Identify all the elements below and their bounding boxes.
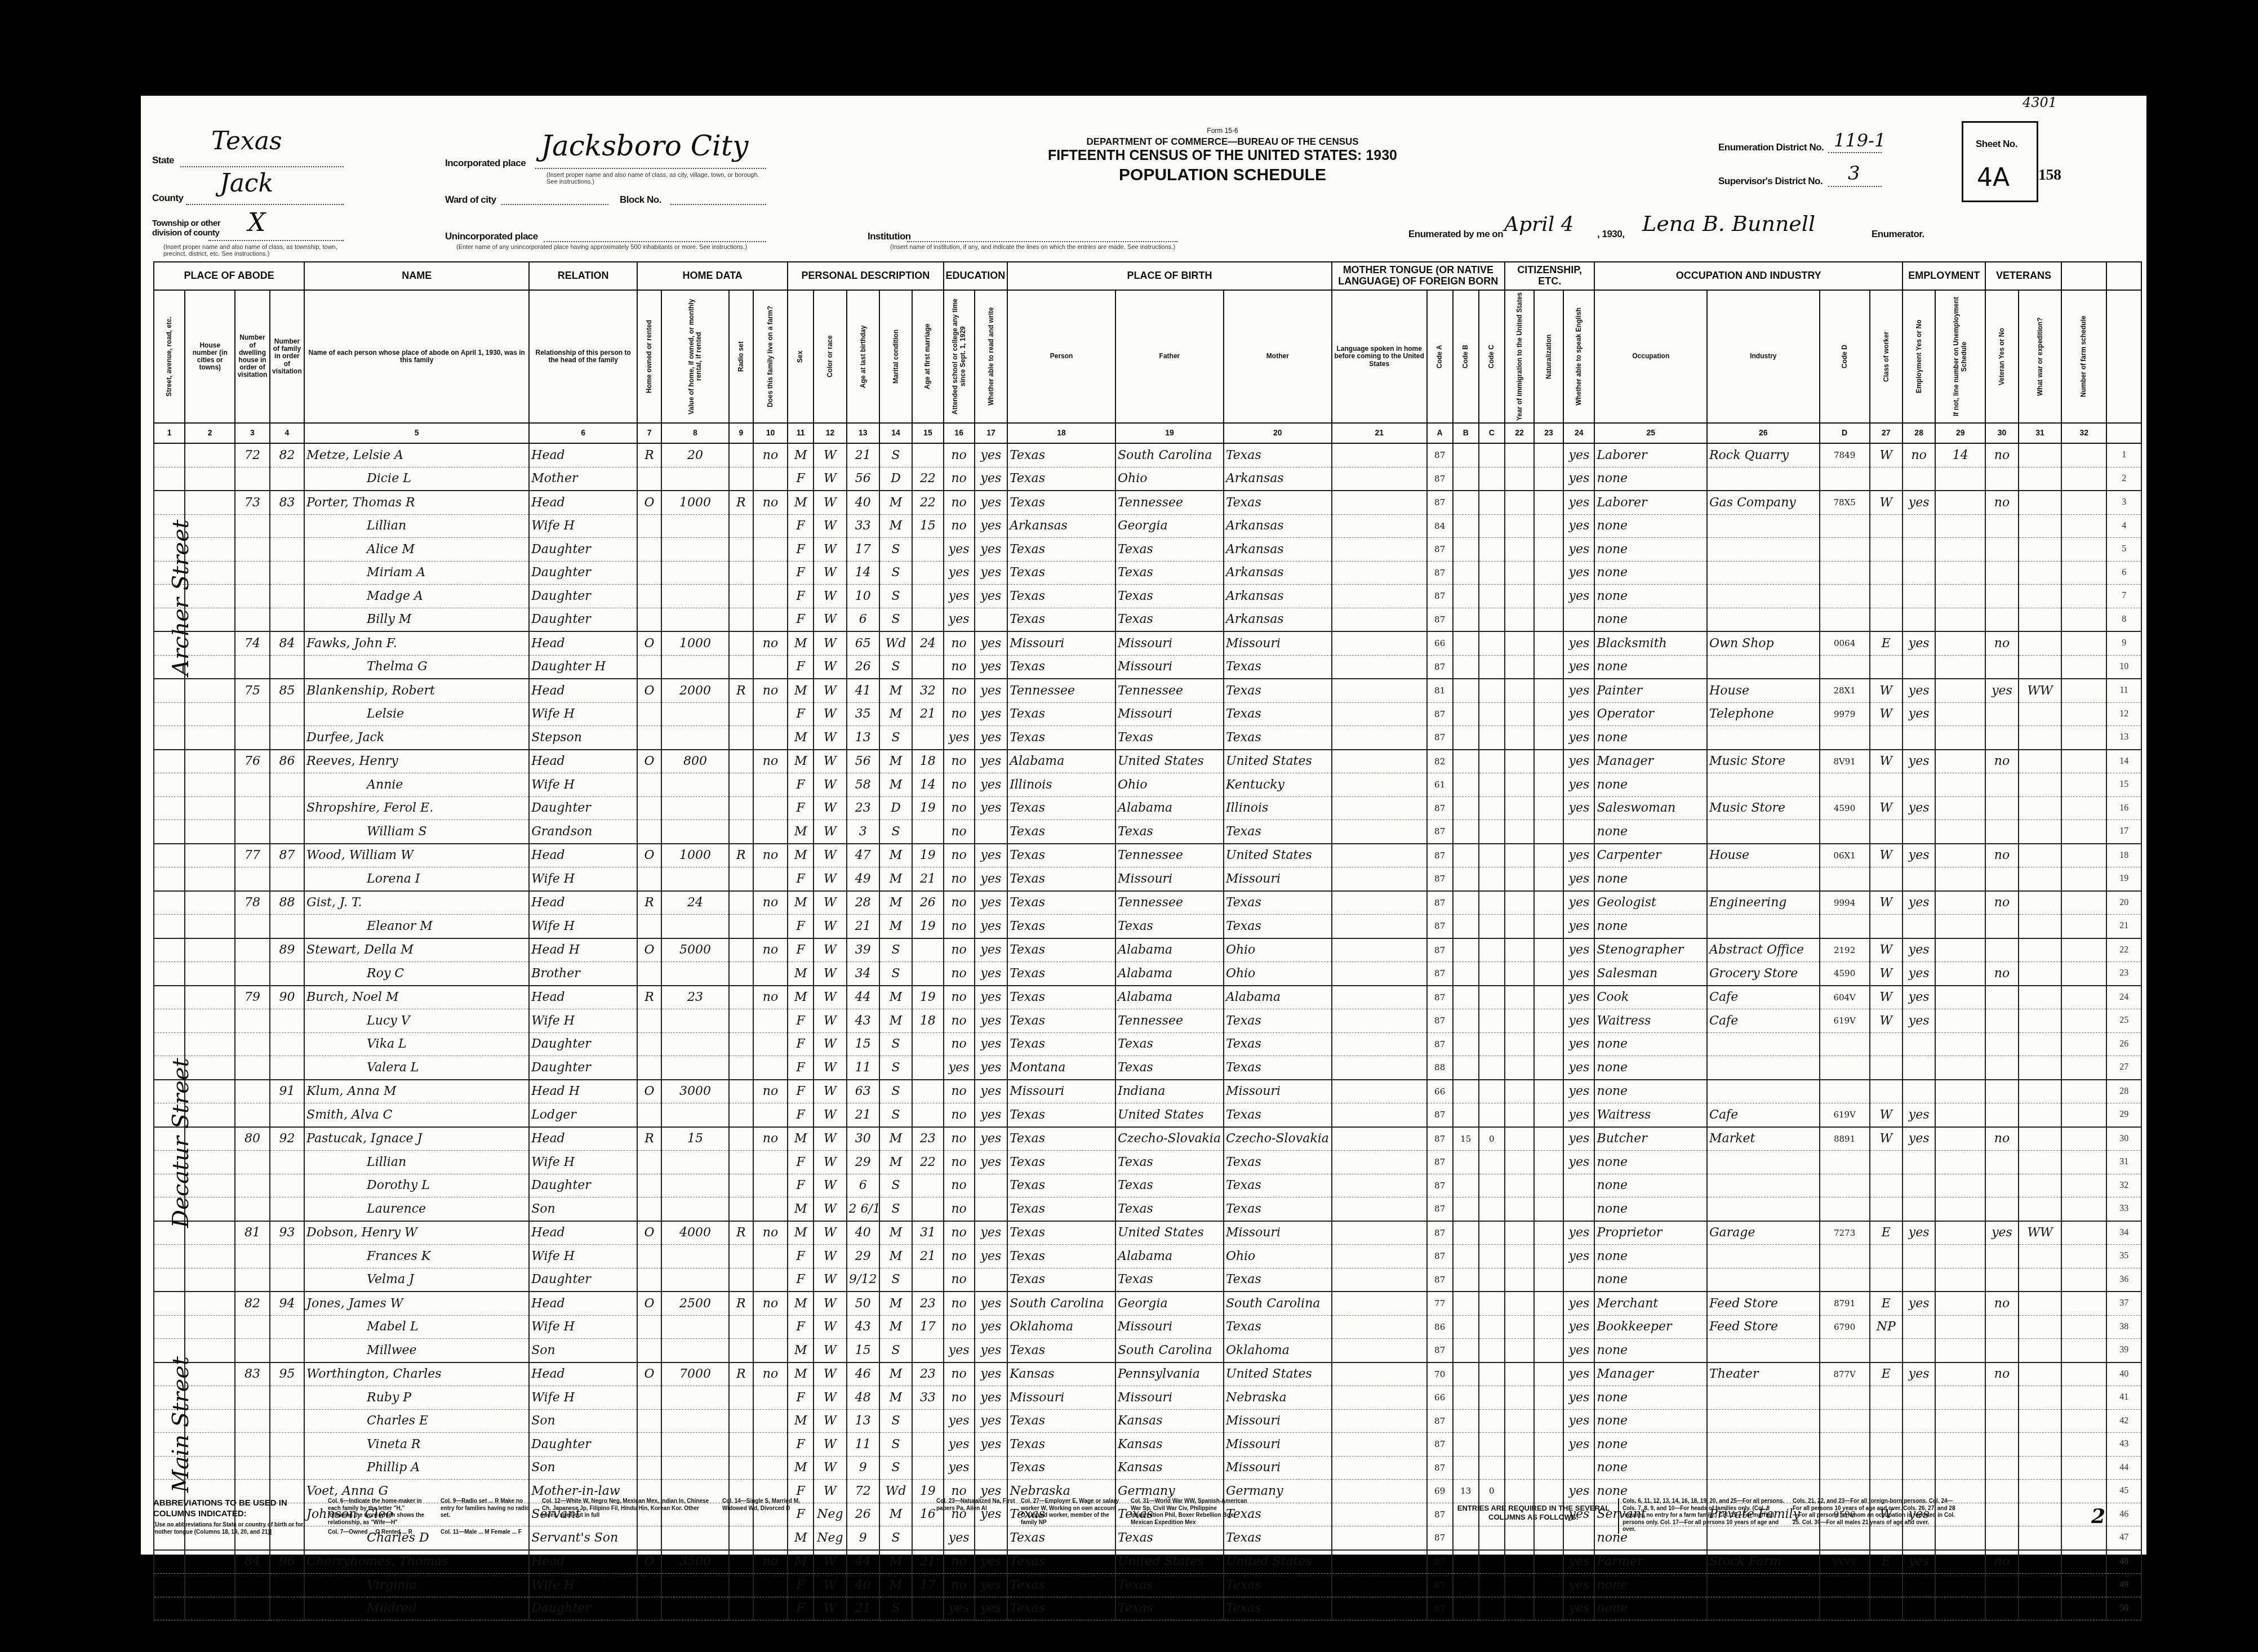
table-row: Velma JDaughterFW9/12SnoTexasTexasTexas8…	[154, 1268, 2141, 1292]
code-d-cell	[1820, 655, 1870, 679]
mother-tongue-cell	[1332, 1221, 1427, 1245]
read-write-cell	[975, 1174, 1007, 1197]
veteran-cell	[1985, 1197, 2018, 1221]
birthplace-father-cell: Texas	[1115, 1268, 1224, 1292]
veteran-cell	[1985, 608, 2018, 631]
home-owned-rented-cell: R	[637, 443, 661, 467]
home-owned-rented-cell: R	[637, 1127, 661, 1151]
column-number: 15	[912, 423, 943, 443]
age-first-marriage-cell: 22	[912, 491, 943, 514]
industry-cell: Garage	[1707, 1221, 1820, 1245]
relationship-cell: Grandson	[529, 820, 637, 844]
immigration-year-cell	[1505, 561, 1534, 585]
street-name-decatur: Decatur Street	[168, 974, 194, 1228]
dwelling-number-cell: 73	[235, 491, 269, 514]
immigration-year-cell	[1505, 726, 1534, 750]
farm-schedule-cell	[2061, 1032, 2106, 1056]
veteran-cell	[1985, 1315, 2018, 1339]
table-row: 91Klum, Anna MHead HO3000noFW63SnoyesMis…	[154, 1080, 2141, 1103]
mother-tongue-cell	[1332, 986, 1427, 1009]
home-value-cell	[661, 915, 729, 938]
sex-cell: F	[788, 1174, 814, 1197]
naturalization-cell	[1534, 1174, 1563, 1197]
dwelling-number-cell: 75	[235, 679, 269, 702]
age-first-marriage-cell: 19	[912, 986, 943, 1009]
sex-cell: M	[788, 986, 814, 1009]
read-write-cell	[975, 1456, 1007, 1480]
naturalization-cell	[1534, 1103, 1563, 1127]
birthplace-father-cell: United States	[1115, 750, 1224, 773]
read-write-cell: yes	[975, 867, 1007, 891]
birthplace-person-cell: Texas	[1007, 1550, 1115, 1574]
code-b-cell	[1453, 867, 1479, 891]
industry-cell: Feed Store	[1707, 1315, 1820, 1339]
age-first-marriage-cell	[912, 938, 943, 962]
naturalization-cell	[1534, 585, 1563, 608]
race-cell: W	[814, 631, 846, 655]
age-cell: 21	[847, 915, 879, 938]
mother-tongue-cell	[1332, 1009, 1427, 1033]
mother-tongue-cell	[1332, 726, 1427, 750]
birthplace-mother-cell: Ohio	[1224, 962, 1332, 986]
read-write-cell: yes	[975, 750, 1007, 773]
class-of-worker-cell: W	[1870, 1009, 1903, 1033]
column-label: Occupation	[1594, 290, 1707, 423]
person-name-cell: Billy M	[304, 608, 529, 631]
marital-status-cell: M	[879, 986, 912, 1009]
family-number-cell: 93	[270, 1221, 304, 1245]
unemployment-line-cell	[1935, 915, 1985, 938]
employed-cell	[1903, 514, 1935, 538]
class-of-worker-cell: E	[1870, 631, 1903, 655]
sex-cell: F	[788, 773, 814, 797]
mother-tongue-cell	[1332, 1339, 1427, 1362]
code-b-cell	[1453, 1574, 1479, 1597]
home-owned-rented-cell	[637, 1009, 661, 1033]
veteran-cell	[1985, 1433, 2018, 1457]
age-first-marriage-cell	[912, 561, 943, 585]
blank-header	[2106, 262, 2141, 290]
table-row: Smith, Alva CLodgerFW21SnoyesTexasUnited…	[154, 1103, 2141, 1127]
street-name-archer: Archer Street	[168, 451, 194, 676]
line-number: 28	[2106, 1080, 2141, 1103]
marital-status-cell: S	[879, 1197, 912, 1221]
home-value-cell	[661, 1032, 729, 1056]
table-row: 8395Worthington, CharlesHeadO7000RnoMW46…	[154, 1362, 2141, 1386]
attended-school-cell: no	[944, 443, 975, 467]
veteran-cell: no	[1985, 1362, 2018, 1386]
employed-cell: yes	[1903, 1362, 1935, 1386]
home-value-cell	[661, 514, 729, 538]
birthplace-person-cell: Arkansas	[1007, 514, 1115, 538]
farm-residence-cell	[753, 1103, 788, 1127]
mother-tongue-cell	[1332, 1245, 1427, 1268]
code-c-cell	[1479, 702, 1505, 726]
page-mark: 2	[2091, 1504, 2105, 1529]
street-cell	[154, 867, 185, 891]
code-b-cell	[1453, 820, 1479, 844]
radio-set-cell	[729, 514, 753, 538]
person-name-cell: Durfee, Jack	[304, 726, 529, 750]
veteran-cell	[1985, 467, 2018, 491]
person-name-cell: Eleanor M	[304, 915, 529, 938]
dwelling-number-cell	[235, 915, 269, 938]
column-number: 32	[2061, 423, 2106, 443]
blank-header	[2061, 262, 2106, 290]
age-first-marriage-cell	[912, 1056, 943, 1080]
home-owned-rented-cell	[637, 1151, 661, 1174]
marital-status-cell: S	[879, 561, 912, 585]
birthplace-father-cell: Alabama	[1115, 938, 1224, 962]
person-name-cell: Ruby P	[304, 1386, 529, 1410]
age-cell: 26	[847, 655, 879, 679]
employed-cell	[1903, 1197, 1935, 1221]
read-write-cell: yes	[975, 1103, 1007, 1127]
family-number-cell	[270, 1174, 304, 1197]
code-d-cell: 4590	[1820, 796, 1870, 820]
birthplace-person-cell: Texas	[1007, 1456, 1115, 1480]
table-row: 8193Dobson, Henry WHeadO4000RnoMW40M31no…	[154, 1221, 2141, 1245]
unemployment-line-cell	[1935, 1315, 1985, 1339]
stamp-number: 4301	[2023, 95, 2057, 110]
birthplace-person-cell: Texas	[1007, 1268, 1115, 1292]
naturalization-cell	[1534, 1456, 1563, 1480]
speaks-english-cell: yes	[1563, 1339, 1594, 1362]
race-cell: W	[814, 750, 846, 773]
birthplace-mother-cell: Missouri	[1224, 1080, 1332, 1103]
attended-school-cell: no	[944, 1245, 975, 1268]
veteran-cell	[1985, 1409, 2018, 1433]
attended-school-cell: no	[944, 1315, 975, 1339]
naturalization-cell	[1534, 1339, 1563, 1362]
employed-cell	[1903, 1268, 1935, 1292]
marital-status-cell: M	[879, 891, 912, 915]
table-row: LillianWife HFW33M15noyesArkansasGeorgia…	[154, 514, 2141, 538]
age-cell: 35	[847, 702, 879, 726]
column-label: Class of worker	[1870, 290, 1903, 423]
code-a-cell: 87	[1427, 1103, 1453, 1127]
marital-status-cell: S	[879, 608, 912, 631]
sex-cell: M	[788, 1456, 814, 1480]
attended-school-cell: no	[944, 1221, 975, 1245]
birthplace-father-cell: Missouri	[1115, 655, 1224, 679]
radio-set-cell	[729, 1339, 753, 1362]
age-first-marriage-cell: 21	[912, 1245, 943, 1268]
home-value-cell	[661, 867, 729, 891]
family-number-cell	[270, 1009, 304, 1033]
code-d-cell	[1820, 1245, 1870, 1268]
occupation-cell: none	[1594, 1597, 1707, 1620]
attended-school-cell: no	[944, 750, 975, 773]
war-expedition-cell	[2019, 631, 2062, 655]
farm-schedule-cell	[2061, 1197, 2106, 1221]
age-first-marriage-cell: 19	[912, 796, 943, 820]
immigration-year-cell	[1505, 1245, 1534, 1268]
birthplace-mother-cell: Texas	[1224, 1174, 1332, 1197]
veteran-cell: no	[1985, 750, 2018, 773]
group-header: EMPLOYMENT	[1903, 262, 1985, 290]
naturalization-cell	[1534, 514, 1563, 538]
speaks-english-cell: yes	[1563, 1103, 1594, 1127]
employed-cell	[1903, 1315, 1935, 1339]
house-number-cell	[185, 726, 235, 750]
person-name-cell: Worthington, Charles	[304, 1362, 529, 1386]
race-cell: W	[814, 608, 846, 631]
radio-set-cell: R	[729, 844, 753, 867]
industry-cell: Engineering	[1707, 891, 1820, 915]
immigration-year-cell	[1505, 796, 1534, 820]
naturalization-cell	[1534, 844, 1563, 867]
unemployment-line-cell	[1935, 1151, 1985, 1174]
speaks-english-cell: yes	[1563, 844, 1594, 867]
table-row: Durfee, JackStepsonMW13SyesyesTexasTexas…	[154, 726, 2141, 750]
birthplace-mother-cell: Texas	[1224, 443, 1332, 467]
age-first-marriage-cell: 17	[912, 1315, 943, 1339]
birthplace-mother-cell: Texas	[1224, 1315, 1332, 1339]
table-row: Lorena IWife HFW49M21noyesTexasMissouriM…	[154, 867, 2141, 891]
marital-status-cell: S	[879, 1174, 912, 1197]
age-first-marriage-cell	[912, 1197, 943, 1221]
relationship-cell: Head H	[529, 938, 637, 962]
code-d-cell	[1820, 1339, 1870, 1362]
code-b-cell	[1453, 844, 1479, 867]
read-write-cell	[975, 608, 1007, 631]
county-label: County	[152, 193, 184, 204]
veteran-cell	[1985, 1151, 2018, 1174]
relationship-cell: Daughter	[529, 608, 637, 631]
birthplace-father-cell: Texas	[1115, 915, 1224, 938]
column-label: Language spoken in home before coming to…	[1332, 290, 1427, 423]
family-number-cell: 86	[270, 750, 304, 773]
code-c-cell	[1479, 1550, 1505, 1574]
home-owned-rented-cell: O	[637, 1362, 661, 1386]
line-number: 31	[2106, 1151, 2141, 1174]
class-of-worker-cell: E	[1870, 1292, 1903, 1315]
code-b-cell	[1453, 1597, 1479, 1620]
dwelling-number-cell	[235, 1080, 269, 1103]
marital-status-cell: M	[879, 1315, 912, 1339]
age-first-marriage-cell	[912, 1456, 943, 1480]
veteran-cell	[1985, 820, 2018, 844]
table-row: Lucy VWife HFW43M18noyesTexasTennesseeTe…	[154, 1009, 2141, 1033]
line-number: 25	[2106, 1009, 2141, 1033]
house-number-cell	[185, 702, 235, 726]
veteran-cell	[1985, 1597, 2018, 1620]
speaks-english-cell: yes	[1563, 796, 1594, 820]
class-of-worker-cell	[1870, 1080, 1903, 1103]
blank-header	[2106, 290, 2141, 423]
immigration-year-cell	[1505, 891, 1534, 915]
read-write-cell: yes	[975, 702, 1007, 726]
class-of-worker-cell: E	[1870, 1221, 1903, 1245]
occupation-cell: none	[1594, 1433, 1707, 1457]
farm-residence-cell	[753, 655, 788, 679]
column-label: Value of home, if owned, or monthly rent…	[661, 290, 729, 423]
home-value-cell: 1000	[661, 844, 729, 867]
farm-residence-cell: no	[753, 1292, 788, 1315]
read-write-cell	[975, 1197, 1007, 1221]
home-owned-rented-cell	[637, 773, 661, 797]
code-c-cell	[1479, 820, 1505, 844]
home-value-cell	[661, 1103, 729, 1127]
street-cell	[154, 773, 185, 797]
sex-cell: F	[788, 585, 814, 608]
code-c-cell	[1479, 1080, 1505, 1103]
industry-cell	[1707, 1409, 1820, 1433]
home-owned-rented-cell	[637, 608, 661, 631]
read-write-cell: yes	[975, 1221, 1007, 1245]
home-owned-rented-cell	[637, 1597, 661, 1620]
speaks-english-cell	[1563, 1197, 1594, 1221]
speaks-english-cell: yes	[1563, 1386, 1594, 1410]
unemployment-line-cell	[1935, 1268, 1985, 1292]
mother-tongue-cell	[1332, 1386, 1427, 1410]
speaks-english-cell	[1563, 820, 1594, 844]
marital-status-cell: S	[879, 938, 912, 962]
birthplace-father-cell: United States	[1115, 1103, 1224, 1127]
person-name-cell: Thelma G	[304, 655, 529, 679]
age-first-marriage-cell: 31	[912, 1221, 943, 1245]
code-d-cell	[1820, 1433, 1870, 1457]
birthplace-person-cell: Texas	[1007, 1433, 1115, 1457]
col27-note: Col. 27—Employer E, Wage or salary worke…	[1021, 1498, 1122, 1526]
col9-note: Col. 9—Radio set ... R Make no entry for…	[441, 1498, 531, 1520]
birthplace-mother-cell: Illinois	[1224, 796, 1332, 820]
age-cell: 3	[847, 820, 879, 844]
attended-school-cell: yes	[944, 608, 975, 631]
code-d-cell	[1820, 1080, 1870, 1103]
birthplace-mother-cell: Texas	[1224, 491, 1332, 514]
birthplace-person-cell: Texas	[1007, 796, 1115, 820]
farm-schedule-cell	[2061, 1151, 2106, 1174]
immigration-year-cell	[1505, 1339, 1534, 1362]
birthplace-mother-cell: Arkansas	[1224, 538, 1332, 562]
read-write-cell: yes	[975, 1386, 1007, 1410]
sex-cell: F	[788, 1080, 814, 1103]
age-first-marriage-cell: 21	[912, 1550, 943, 1574]
immigration-year-cell	[1505, 1386, 1534, 1410]
naturalization-cell	[1534, 1009, 1563, 1033]
table-row: 8092Pastucak, Ignace JHeadR15noMW30M23no…	[154, 1127, 2141, 1151]
birthplace-father-cell: Texas	[1115, 1056, 1224, 1080]
mother-tongue-cell	[1332, 1151, 1427, 1174]
mother-tongue-cell	[1332, 1056, 1427, 1080]
class-of-worker-cell: E	[1870, 1362, 1903, 1386]
radio-set-cell	[729, 608, 753, 631]
home-value-cell: 20	[661, 443, 729, 467]
attended-school-cell: yes	[944, 561, 975, 585]
naturalization-cell	[1534, 467, 1563, 491]
immigration-year-cell	[1505, 655, 1534, 679]
birthplace-person-cell: Texas	[1007, 655, 1115, 679]
class-of-worker-cell	[1870, 915, 1903, 938]
veteran-cell	[1985, 1032, 2018, 1056]
industry-cell	[1707, 1386, 1820, 1410]
home-owned-rented-cell	[637, 1315, 661, 1339]
war-expedition-cell	[2019, 443, 2062, 467]
veteran-cell: yes	[1985, 1221, 2018, 1245]
speaks-english-cell: yes	[1563, 1409, 1594, 1433]
marital-status-cell: S	[879, 585, 912, 608]
relationship-cell: Daughter	[529, 1268, 637, 1292]
birthplace-father-cell: Ohio	[1115, 773, 1224, 797]
house-number-cell	[185, 1550, 235, 1574]
employed-cell	[1903, 585, 1935, 608]
birthplace-person-cell: Texas	[1007, 1032, 1115, 1056]
code-a-cell: 81	[1427, 679, 1453, 702]
radio-set-cell: R	[729, 1221, 753, 1245]
farm-residence-cell	[753, 962, 788, 986]
unemployment-line-cell	[1935, 1597, 1985, 1620]
marital-status-cell: D	[879, 796, 912, 820]
house-number-cell	[185, 915, 235, 938]
code-b-cell	[1453, 1433, 1479, 1457]
mother-tongue-cell	[1332, 750, 1427, 773]
occupation-cell: none	[1594, 1151, 1707, 1174]
farm-residence-cell	[753, 1174, 788, 1197]
industry-cell: Market	[1707, 1127, 1820, 1151]
speaks-english-cell: yes	[1563, 1550, 1594, 1574]
farm-residence-cell	[753, 796, 788, 820]
immigration-year-cell	[1505, 962, 1534, 986]
marital-status-cell: M	[879, 1386, 912, 1410]
code-d-cell	[1820, 585, 1870, 608]
code-b-cell	[1453, 1009, 1479, 1033]
veteran-cell: no	[1985, 891, 2018, 915]
age-cell: 17	[847, 538, 879, 562]
code-c-cell	[1479, 773, 1505, 797]
war-expedition-cell	[2019, 491, 2062, 514]
sex-cell: F	[788, 1151, 814, 1174]
street-cell	[154, 1245, 185, 1268]
employed-cell	[1903, 1080, 1935, 1103]
class-of-worker-cell	[1870, 1433, 1903, 1457]
code-c-cell	[1479, 1409, 1505, 1433]
war-expedition-cell	[2019, 467, 2062, 491]
speaks-english-cell: yes	[1563, 1080, 1594, 1103]
class-of-worker-cell: E	[1870, 1550, 1903, 1574]
sex-cell: F	[788, 1009, 814, 1033]
war-expedition-cell	[2019, 986, 2062, 1009]
age-first-marriage-cell	[912, 608, 943, 631]
sex-cell: F	[788, 1386, 814, 1410]
occupation-cell: Salesman	[1594, 962, 1707, 986]
line-number: 19	[2106, 867, 2141, 891]
code-b-cell	[1453, 1362, 1479, 1386]
unemployment-line-cell	[1935, 608, 1985, 631]
table-row: Dorothy LDaughterFW6SnoTexasTexasTexas87…	[154, 1174, 2141, 1197]
read-write-cell: yes	[975, 1056, 1007, 1080]
race-cell: W	[814, 1433, 846, 1457]
radio-set-cell	[729, 1433, 753, 1457]
code-d-cell	[1820, 820, 1870, 844]
attended-school-cell: no	[944, 796, 975, 820]
relationship-cell: Wife H	[529, 1386, 637, 1410]
dwelling-number-cell	[235, 514, 269, 538]
home-owned-rented-cell: O	[637, 938, 661, 962]
code-c-cell	[1479, 796, 1505, 820]
birthplace-father-cell: United States	[1115, 1221, 1224, 1245]
birthplace-mother-cell: Texas	[1224, 1574, 1332, 1597]
table-row: LelsieWife HFW35M21noyesTexasMissouriTex…	[154, 702, 2141, 726]
line-number: 32	[2106, 1174, 2141, 1197]
table-row: Vika LDaughterFW15SnoyesTexasTexasTexas8…	[154, 1032, 2141, 1056]
street-cell	[154, 1597, 185, 1620]
veteran-cell	[1985, 1574, 2018, 1597]
code-b-cell	[1453, 1080, 1479, 1103]
industry-cell	[1707, 1151, 1820, 1174]
relationship-cell: Lodger	[529, 1103, 637, 1127]
